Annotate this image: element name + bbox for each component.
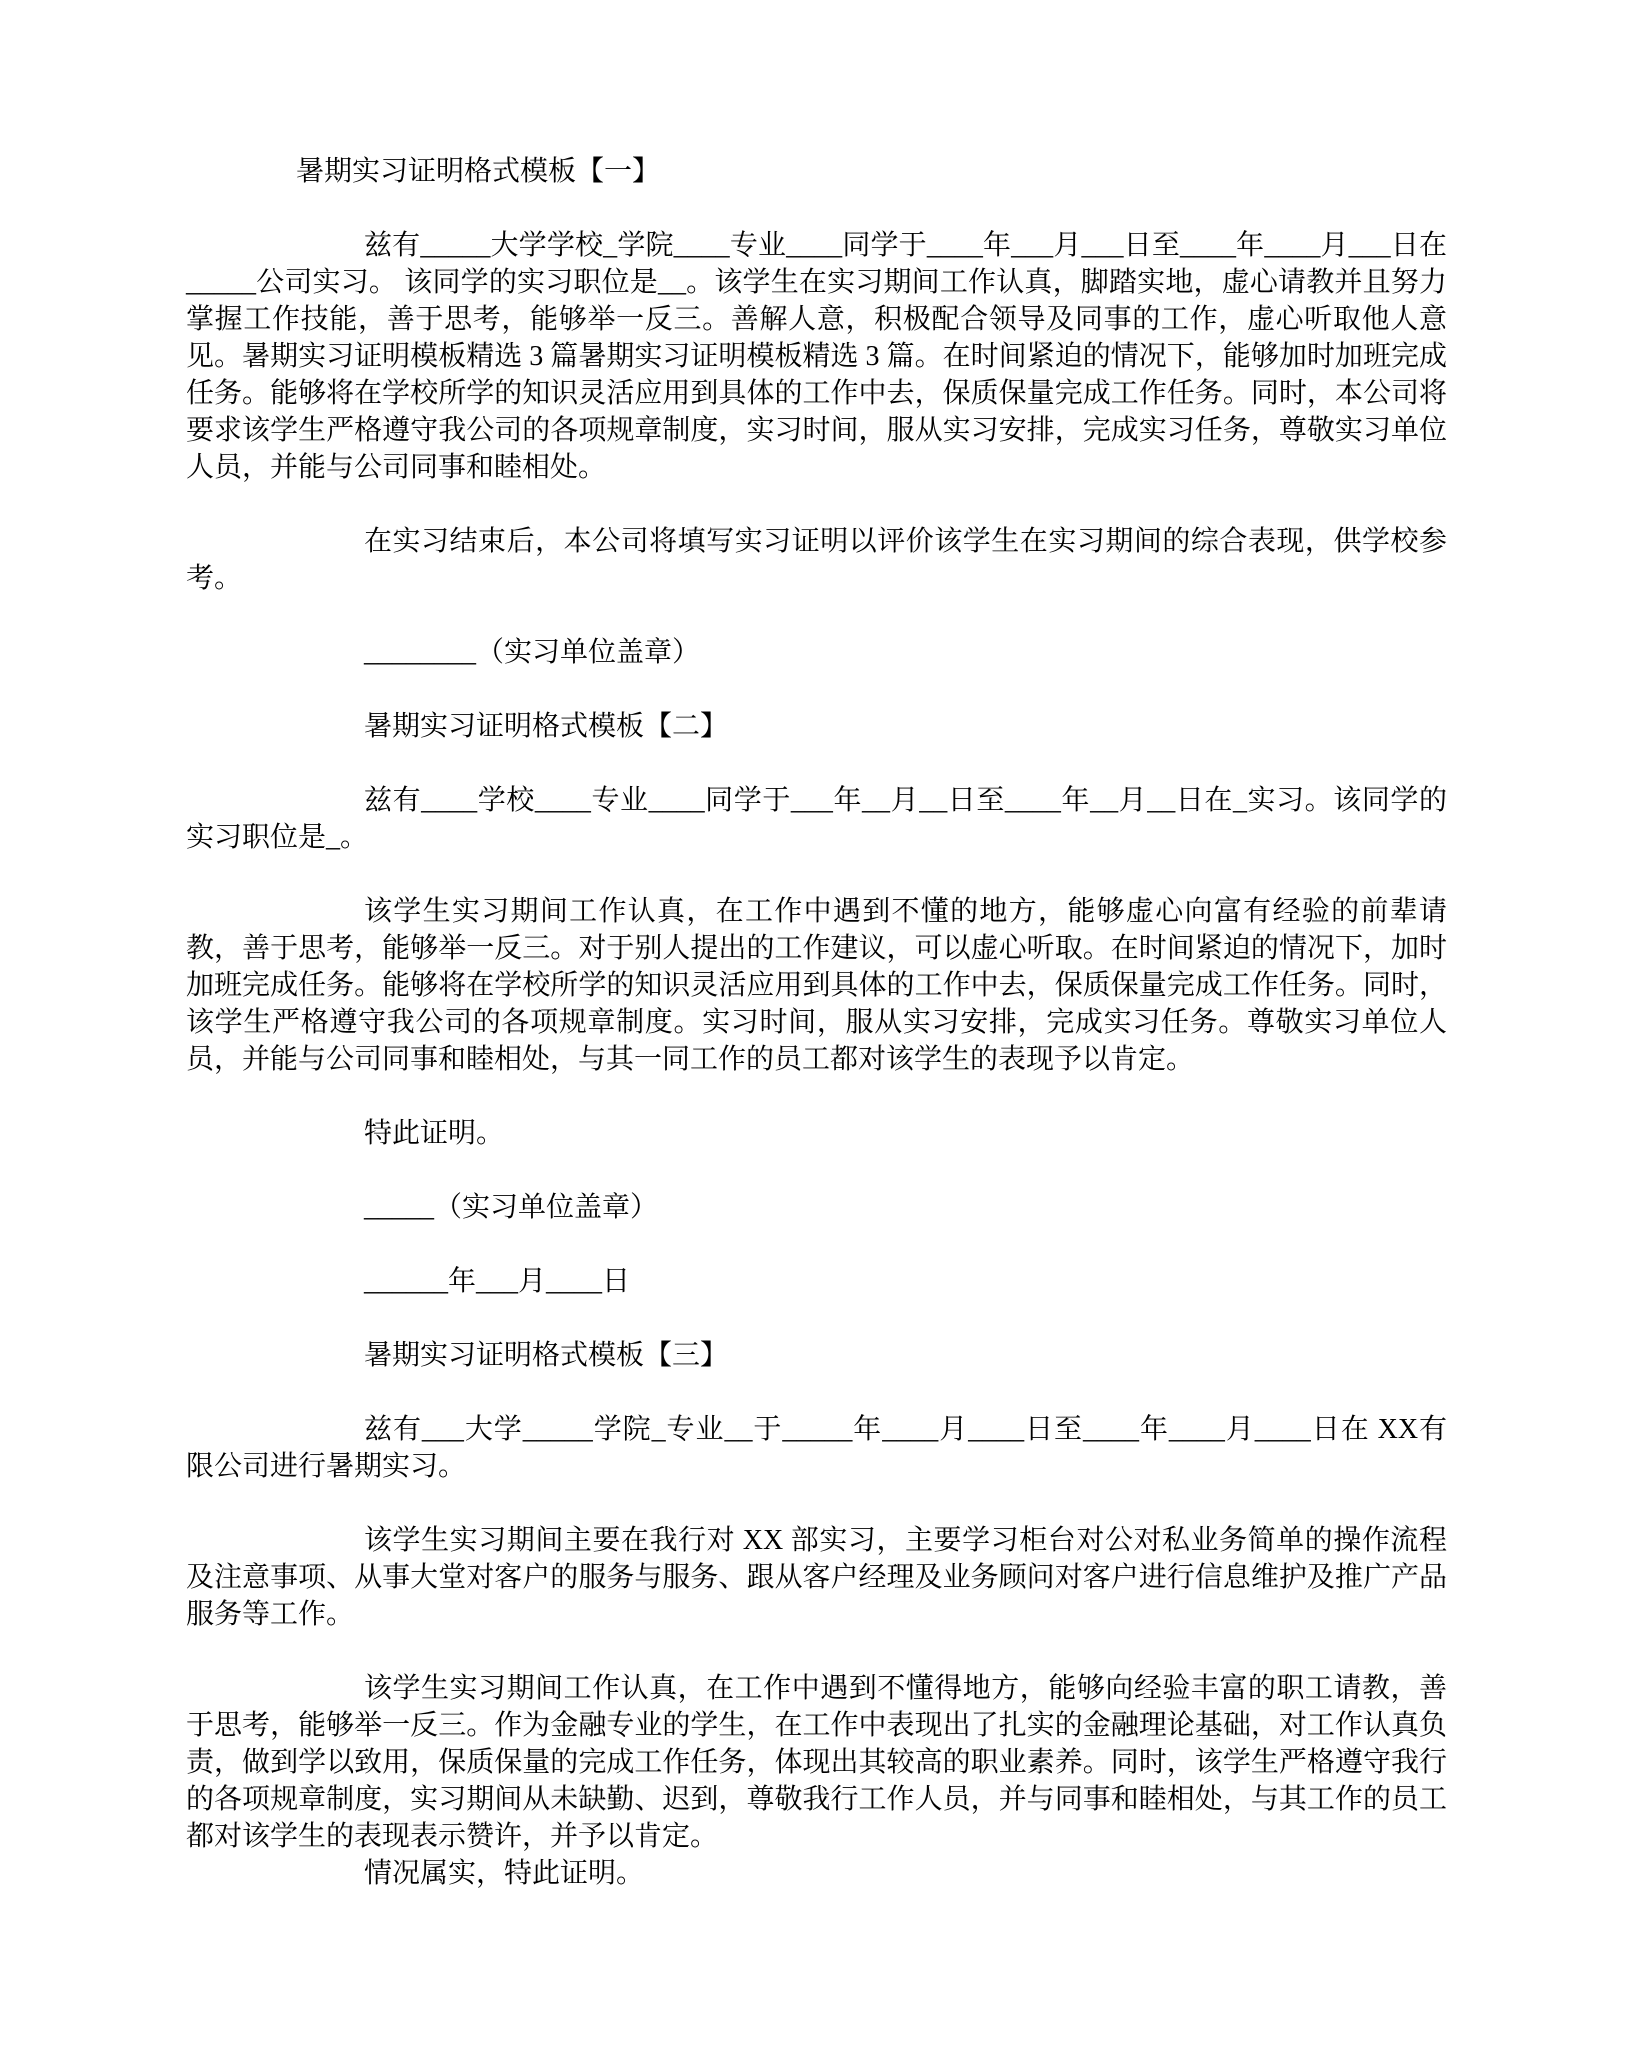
section-1-paragraph-body: 兹有_____大学学校_学院____专业____同学于____年___月___日… [186, 227, 1447, 486]
section-1-heading: 暑期实习证明格式模板【一】 [186, 153, 1447, 190]
section-1-stamp-line: ________（实习单位盖章） [186, 634, 1447, 671]
section-3-paragraph-duties: 该学生实习期间主要在我行对 XX 部实习，主要学习柜台对公对私业务简单的操作流程… [186, 1522, 1447, 1633]
section-2-paragraph-intro: 兹有____学校____专业____同学于___年__月__日至____年__月… [186, 782, 1447, 856]
section-3-paragraph-intro: 兹有___大学_____学院_专业__于_____年____月____日至___… [186, 1411, 1447, 1485]
section-3-closing-line: 情况属实，特此证明。 [186, 1855, 1447, 1892]
section-1-paragraph-summary: 在实习结束后，本公司将填写实习证明以评价该学生在实习期间的综合表现，供学校参考。 [186, 523, 1447, 597]
section-3-heading: 暑期实习证明格式模板【三】 [186, 1337, 1447, 1374]
section-2-heading: 暑期实习证明格式模板【二】 [186, 708, 1447, 745]
section-2-stamp-line: _____（实习单位盖章） [186, 1189, 1447, 1226]
section-2-date-line: ______年___月____日 [186, 1263, 1447, 1300]
section-3-paragraph-body: 该学生实习期间工作认真，在工作中遇到不懂得地方，能够向经验丰富的职工请教，善于思… [186, 1670, 1447, 1855]
section-2-certify-line: 特此证明。 [186, 1115, 1447, 1152]
section-2-paragraph-body: 该学生实习期间工作认真，在工作中遇到不懂的地方，能够虚心向富有经验的前辈请教，善… [186, 893, 1447, 1078]
document-page: 暑期实习证明格式模板【一】 兹有_____大学学校_学院____专业____同学… [0, 0, 1632, 2048]
